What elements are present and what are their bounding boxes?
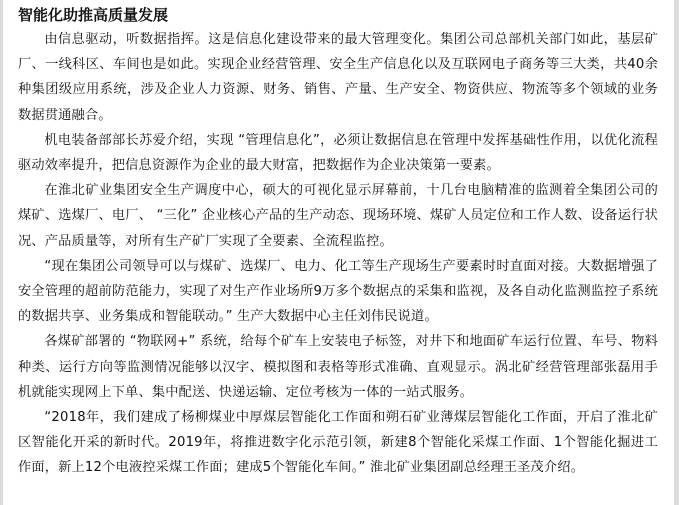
paragraph-1: 由信息驱动，听数据指挥。这是信息化建设带来的最大管理变化。集团公司总部机关部门如… bbox=[18, 27, 658, 128]
article-body: 智能化助推高质量发展 由信息驱动，听数据指挥。这是信息化建设带来的最大管理变化。… bbox=[18, 4, 658, 481]
paragraph-2: 机电装备部部长苏爱介绍，实现 “管理信息化”，必须让数据信息在管理中发挥基础性作… bbox=[18, 128, 658, 178]
paragraph-6: “2018年，我们建成了杨柳煤业中厚煤层智能化工作面和朔石矿业薄煤层智能化工作面… bbox=[18, 405, 658, 481]
paragraph-4: “现在集团公司领导可以与煤矿、选煤厂、电力、化工等生产现场生产要素时时直面对接。… bbox=[18, 254, 658, 330]
paragraph-5: 各煤矿部署的 “物联网+” 系统，给每个矿车上安装电子标签，对井下和地面矿车运行… bbox=[18, 329, 658, 405]
article-title: 智能化助推高质量发展 bbox=[18, 4, 658, 26]
paragraph-3: 在淮北矿业集团安全生产调度中心，硕大的可视化显示屏幕前，十几台电脑精准的监测着全… bbox=[18, 178, 658, 254]
right-scrollbar-track[interactable] bbox=[674, 0, 679, 505]
left-border bbox=[0, 0, 3, 505]
